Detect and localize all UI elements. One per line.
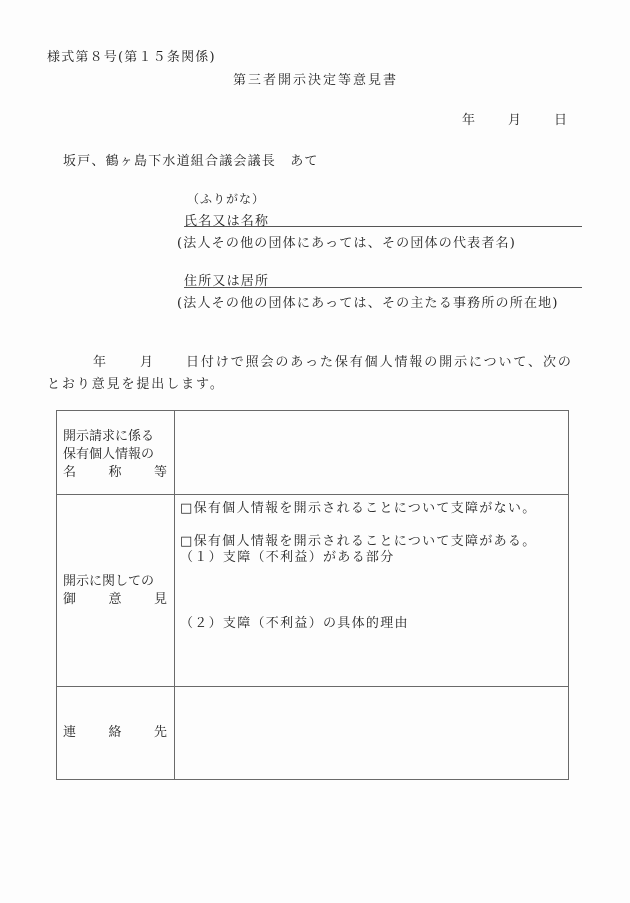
label-char: 連	[63, 724, 76, 742]
label-line: 保有個人情報の	[63, 446, 167, 464]
label-line: 開示請求に係る	[63, 428, 167, 446]
furigana-label: （ふりがな）	[187, 190, 265, 207]
label-char: 意	[108, 591, 121, 609]
label-line: 開示に関しての	[63, 573, 167, 591]
statement-month: 月	[140, 351, 154, 370]
name-input-line[interactable]	[184, 226, 582, 227]
address-note: (法人その他の団体にあっては、その主たる事務所の所在地)	[177, 292, 559, 311]
page-title: 第三者開示決定等意見書	[233, 69, 398, 88]
date-year-field[interactable]: 年	[462, 109, 476, 128]
contact-input[interactable]	[175, 687, 569, 780]
form-number: 様式第８号(第１５条関係)	[47, 46, 216, 65]
label-char: 御	[63, 591, 76, 609]
addressee: 坂戸、鶴ヶ島下水道組合議会議長 あて	[63, 150, 319, 169]
label-spread: 御 意 見	[63, 591, 167, 609]
label-spread: 名 称 等	[63, 464, 167, 482]
date-month-field[interactable]: 月	[508, 109, 522, 128]
statement-line2: とおり意見を提出します。	[47, 373, 225, 392]
statement-year: 年	[93, 351, 107, 370]
checkbox-no-objection[interactable]: □保有個人情報を開示されることについて支障がない。	[180, 497, 537, 516]
opinion-table: 開示請求に係る 保有個人情報の 名 称 等 開示に関しての 御 意 見	[56, 410, 569, 780]
table-row-opinion: 開示に関しての 御 意 見 □保有個人情報を開示されることについて支障がない。 …	[57, 495, 569, 687]
opinion-cell: □保有個人情報を開示されることについて支障がない。 □保有個人情報を開示されるこ…	[175, 495, 569, 687]
statement-line1: 日付けで照会のあった保有個人情報の開示について、次の	[186, 351, 573, 370]
name-note: (法人その他の団体にあっては、その団体の代表者名)	[177, 232, 516, 251]
label-char: 等	[154, 464, 167, 482]
label-char: 称	[108, 464, 121, 482]
label-char: 見	[154, 591, 167, 609]
label-char: 絡	[108, 724, 121, 742]
label-char: 先	[154, 724, 167, 742]
label-cell-info-name: 開示請求に係る 保有個人情報の 名 称 等	[57, 411, 175, 495]
label-cell-opinion: 開示に関しての 御 意 見	[57, 495, 175, 687]
table-row-info-name: 開示請求に係る 保有個人情報の 名 称 等	[57, 411, 569, 495]
objection-reason-label: （２）支障（不利益）の具体的理由	[180, 612, 409, 631]
label-cell-contact: 連 絡 先	[57, 687, 175, 780]
address-input-line[interactable]	[184, 287, 582, 288]
date-day-field[interactable]: 日	[554, 109, 568, 128]
label-spread: 連 絡 先	[63, 724, 167, 742]
objection-part-label: （１）支障（不利益）がある部分	[180, 546, 395, 565]
table-row-contact: 連 絡 先	[57, 687, 569, 780]
label-char: 名	[63, 464, 76, 482]
info-name-input[interactable]	[175, 411, 569, 495]
